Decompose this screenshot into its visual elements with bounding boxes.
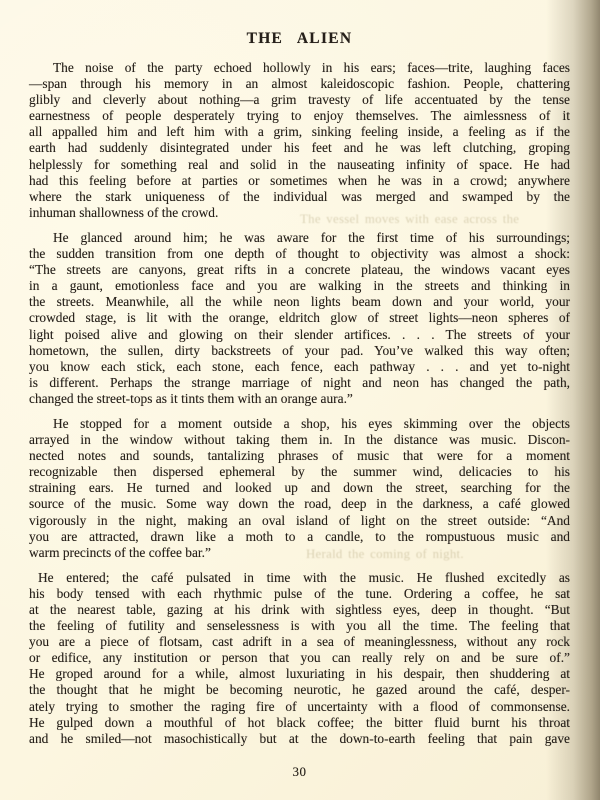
- text-block: The noise of the party echoed hollowly i…: [29, 60, 570, 747]
- page-number: 30: [29, 764, 570, 780]
- text-line: nected notes and sounds, tantalizing phr…: [29, 448, 570, 464]
- text-line: recognizable then dispersed ephemeral by…: [29, 464, 570, 480]
- text-line: “The streets are canyons, great rifts in…: [29, 262, 570, 278]
- text-line: He gulped down a mouthful of hot black c…: [29, 715, 570, 731]
- text-line: The noise of the party echoed hollowly i…: [29, 60, 570, 76]
- text-line: straining ears. He turned and looked up …: [29, 480, 570, 496]
- text-line: He stopped for a moment outside a shop, …: [29, 416, 570, 432]
- text-line: earnestness of people desperately trying…: [29, 108, 570, 124]
- text-line: where the stark uniqueness of the indivi…: [29, 189, 570, 205]
- text-line: He entered; the café pulsated in time wi…: [29, 570, 570, 586]
- text-line: warm precincts of the coffee bar.”: [29, 545, 570, 561]
- text-line: in a gaunt, emotionless face and you are…: [29, 278, 570, 294]
- text-line: you know each stick, each stone, each fe…: [29, 359, 570, 375]
- scanned-page: { "page": { "title": "THE ALIEN", "page_…: [0, 0, 600, 800]
- text-line: all appalled him and left him with a gri…: [29, 124, 570, 140]
- paragraph: He glanced around him; he was aware for …: [29, 230, 570, 407]
- text-line: arrayed in the window without taking the…: [29, 432, 570, 448]
- page-content: THE ALIEN The noise of the party echoed …: [0, 0, 600, 800]
- text-line: vigorously in the night, making an oval …: [29, 513, 570, 529]
- text-line: ately trying to smother the raging fire …: [29, 699, 570, 715]
- text-line: the streets. Meanwhile, all the while ne…: [29, 294, 570, 310]
- text-line: the sudden transition from one depth of …: [29, 246, 570, 262]
- text-line: inhuman shallowness of the crowd.: [29, 205, 570, 221]
- text-line: and he smiled—not masochistically but at…: [29, 731, 570, 747]
- text-line: had this feeling before at parties or so…: [29, 173, 570, 189]
- text-line: changed the street-tops as it tints them…: [29, 391, 570, 407]
- page-title: THE ALIEN: [29, 30, 570, 48]
- text-line: you are attracted, drawn like a moth to …: [29, 529, 570, 545]
- text-line: the thought that he might be becoming ne…: [29, 682, 570, 698]
- text-line: helplessly for something real and solid …: [29, 157, 570, 173]
- paragraph: The noise of the party echoed hollowly i…: [29, 60, 570, 221]
- paragraph: He entered; the café pulsated in time wi…: [29, 570, 570, 747]
- text-line: light poised alive and glowing on their …: [29, 327, 570, 343]
- text-line: glibly and cleverly about nothing—a grim…: [29, 92, 570, 108]
- paragraph: He stopped for a moment outside a shop, …: [29, 416, 570, 561]
- text-line: is different. Perhaps the strange marria…: [29, 375, 570, 391]
- text-line: or edifice, any institution or person th…: [29, 650, 570, 666]
- text-line: —span through his memory in an almost ka…: [29, 76, 570, 92]
- text-line: crowded stage, is lit with the orange, e…: [29, 310, 570, 326]
- text-line: He glanced around him; he was aware for …: [29, 230, 570, 246]
- text-line: He groped around for a while, almost lux…: [29, 666, 570, 682]
- text-line: earth had suddenly disintegrated under h…: [29, 140, 570, 156]
- text-line: hometown, the sullen, dirty backstreets …: [29, 343, 570, 359]
- text-line: source of the music. Some way down the r…: [29, 496, 570, 512]
- text-line: the feeling of futility and senselessnes…: [29, 618, 570, 634]
- text-line: at the nearest table, gazing at his drin…: [29, 602, 570, 618]
- text-line: his body tensed with each rhythmic pulse…: [29, 586, 570, 602]
- text-line: you are a piece of flotsam, cast adrift …: [29, 634, 570, 650]
